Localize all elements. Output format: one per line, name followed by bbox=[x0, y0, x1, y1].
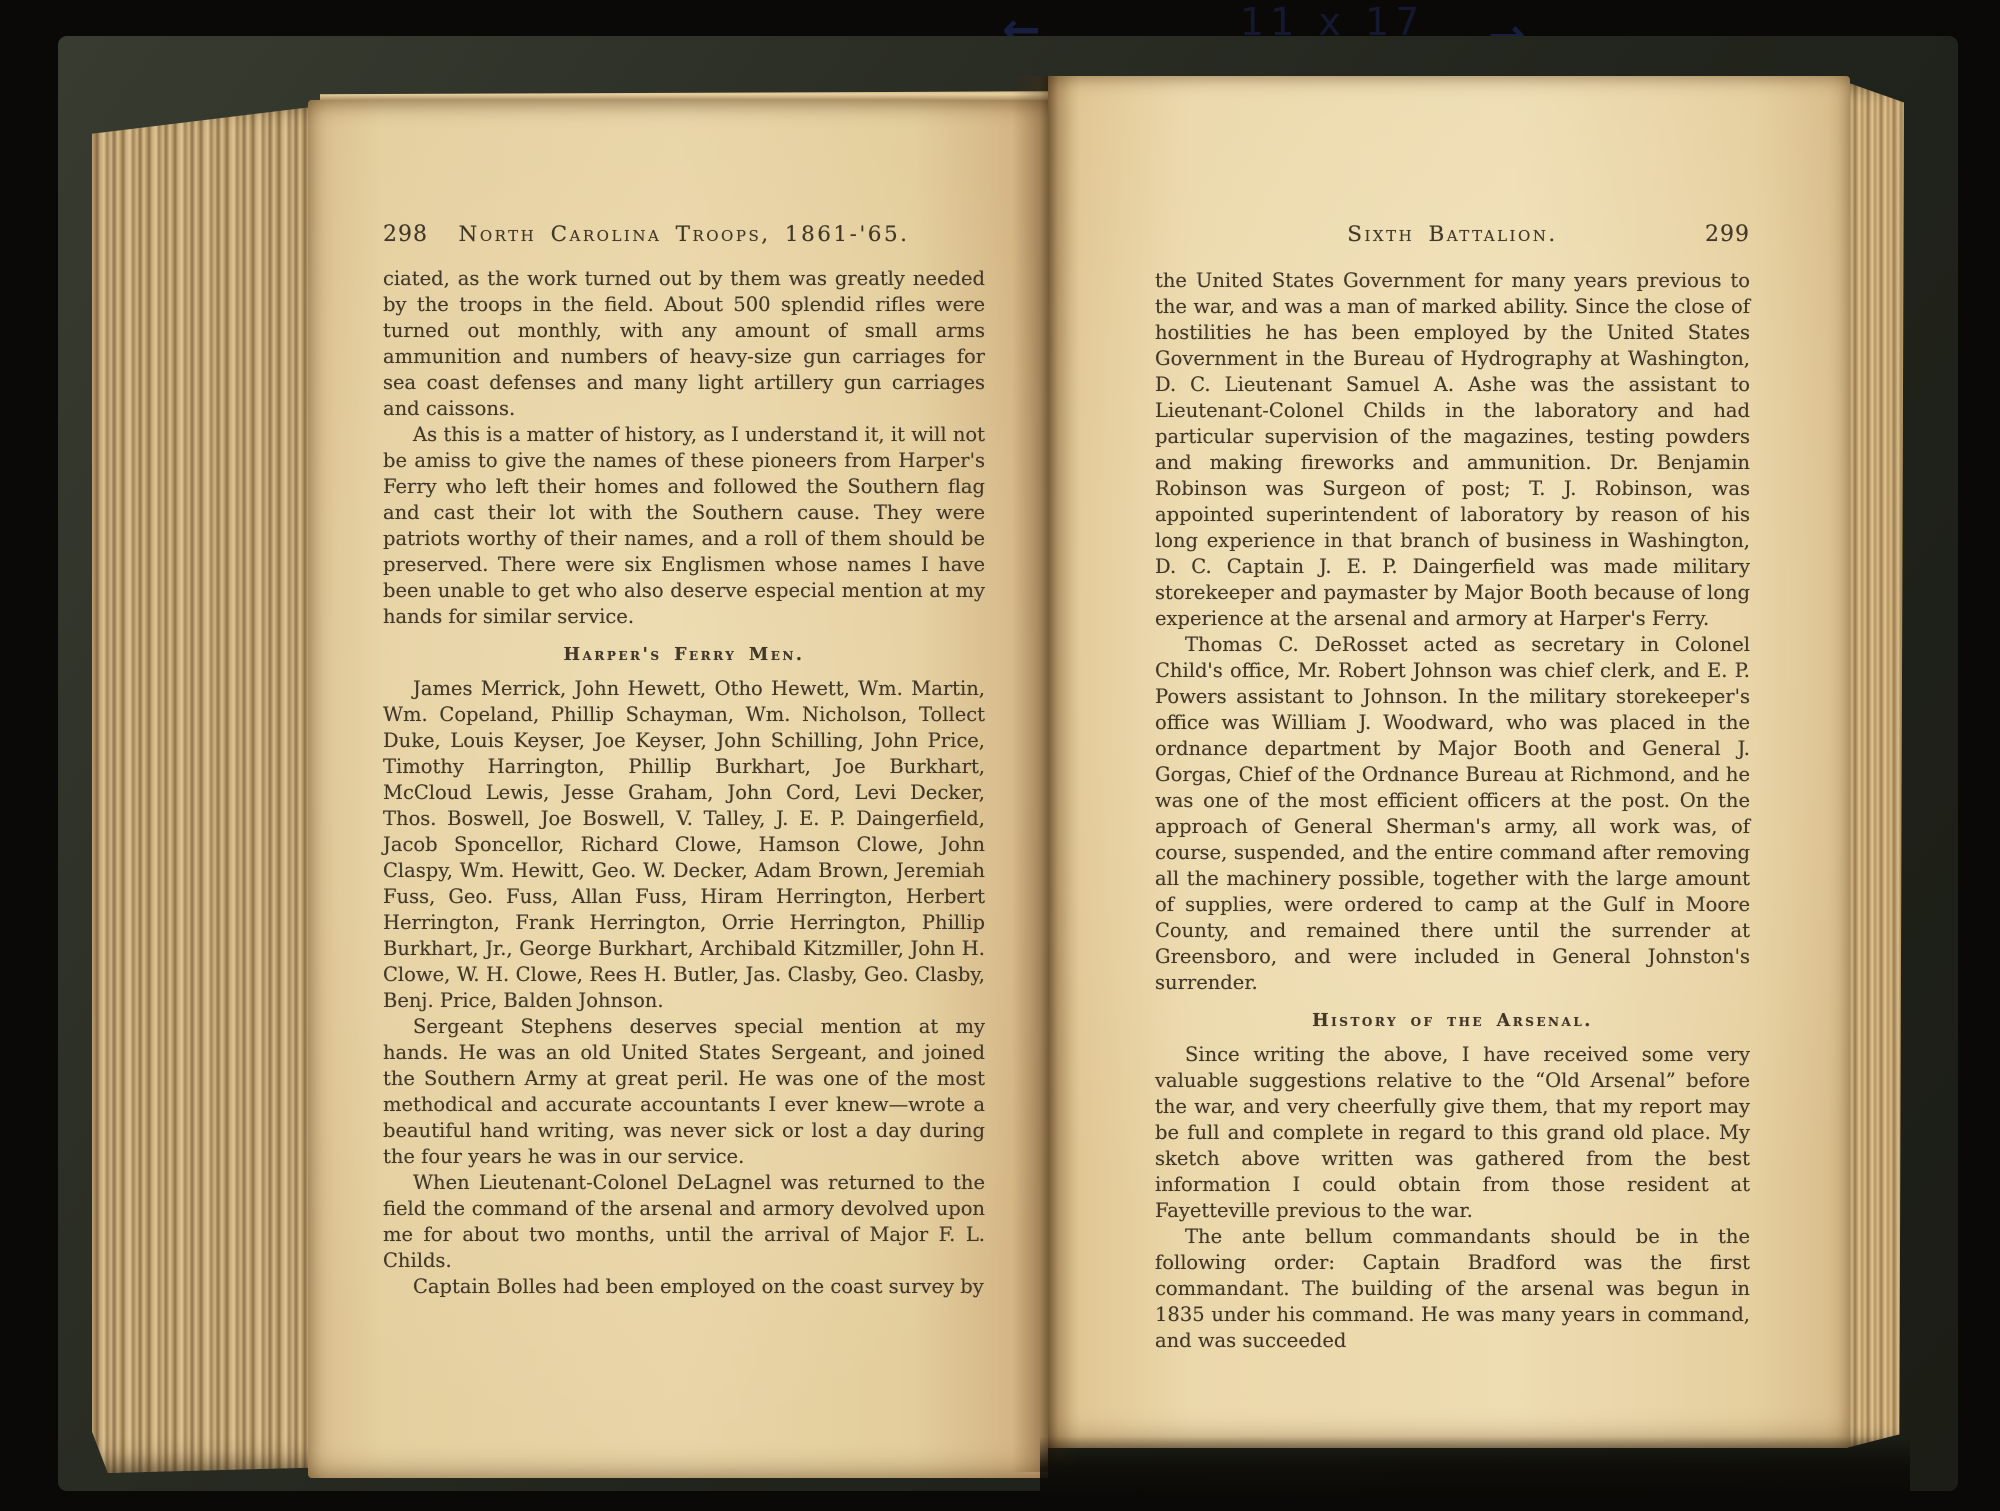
section-heading-history-of-the-arsenal: History of the Arsenal. bbox=[1155, 1011, 1750, 1031]
left-page-body: ciated, as the work turned out by them w… bbox=[383, 266, 985, 1300]
left-running-title: North Carolina Troops, 1861-'65. bbox=[383, 222, 985, 247]
paragraph-captain-bolles: Captain Bolles had been employed on the … bbox=[383, 1274, 985, 1300]
paragraph-ciated: ciated, as the work turned out by them w… bbox=[383, 266, 985, 422]
left-page-header: 298 North Carolina Troops, 1861-'65. bbox=[383, 222, 985, 248]
paragraph-ante-bellum: The ante bellum commandants should be in… bbox=[1155, 1224, 1750, 1354]
right-page: Sixth Battalion. 299 the United States G… bbox=[1048, 76, 1850, 1448]
paragraph-delagnel: When Lieutenant-Colonel DeLagnel was ret… bbox=[383, 1170, 985, 1274]
page-edge-stack-right bbox=[1846, 82, 1904, 1448]
left-page-number: 298 bbox=[383, 222, 428, 247]
right-page-header: Sixth Battalion. 299 bbox=[1155, 222, 1750, 248]
right-running-title: Sixth Battalion. bbox=[1155, 222, 1750, 247]
paragraph-since-writing: Since writing the above, I have received… bbox=[1155, 1042, 1750, 1224]
right-page-body: the United States Government for many ye… bbox=[1155, 268, 1750, 1354]
right-page-number: 299 bbox=[1705, 222, 1750, 247]
book-bottom-shadow bbox=[1040, 1436, 1910, 1494]
paragraph-history: As this is a matter of history, as I und… bbox=[383, 422, 985, 630]
paragraph-government: the United States Government for many ye… bbox=[1155, 268, 1750, 632]
paragraph-sergeant-stephens: Sergeant Stephens deserves special menti… bbox=[383, 1014, 985, 1170]
paragraph-derosset: Thomas C. DeRosset acted as secretary in… bbox=[1155, 632, 1750, 996]
section-heading-harpers-ferry-men: Harper's Ferry Men. bbox=[383, 645, 985, 665]
paragraph-ferry-names: James Merrick, John Hewett, Otho Hewett,… bbox=[383, 676, 985, 1014]
page-edge-stack-left bbox=[92, 98, 318, 1473]
left-page: 298 North Carolina Troops, 1861-'65. cia… bbox=[308, 100, 1048, 1478]
